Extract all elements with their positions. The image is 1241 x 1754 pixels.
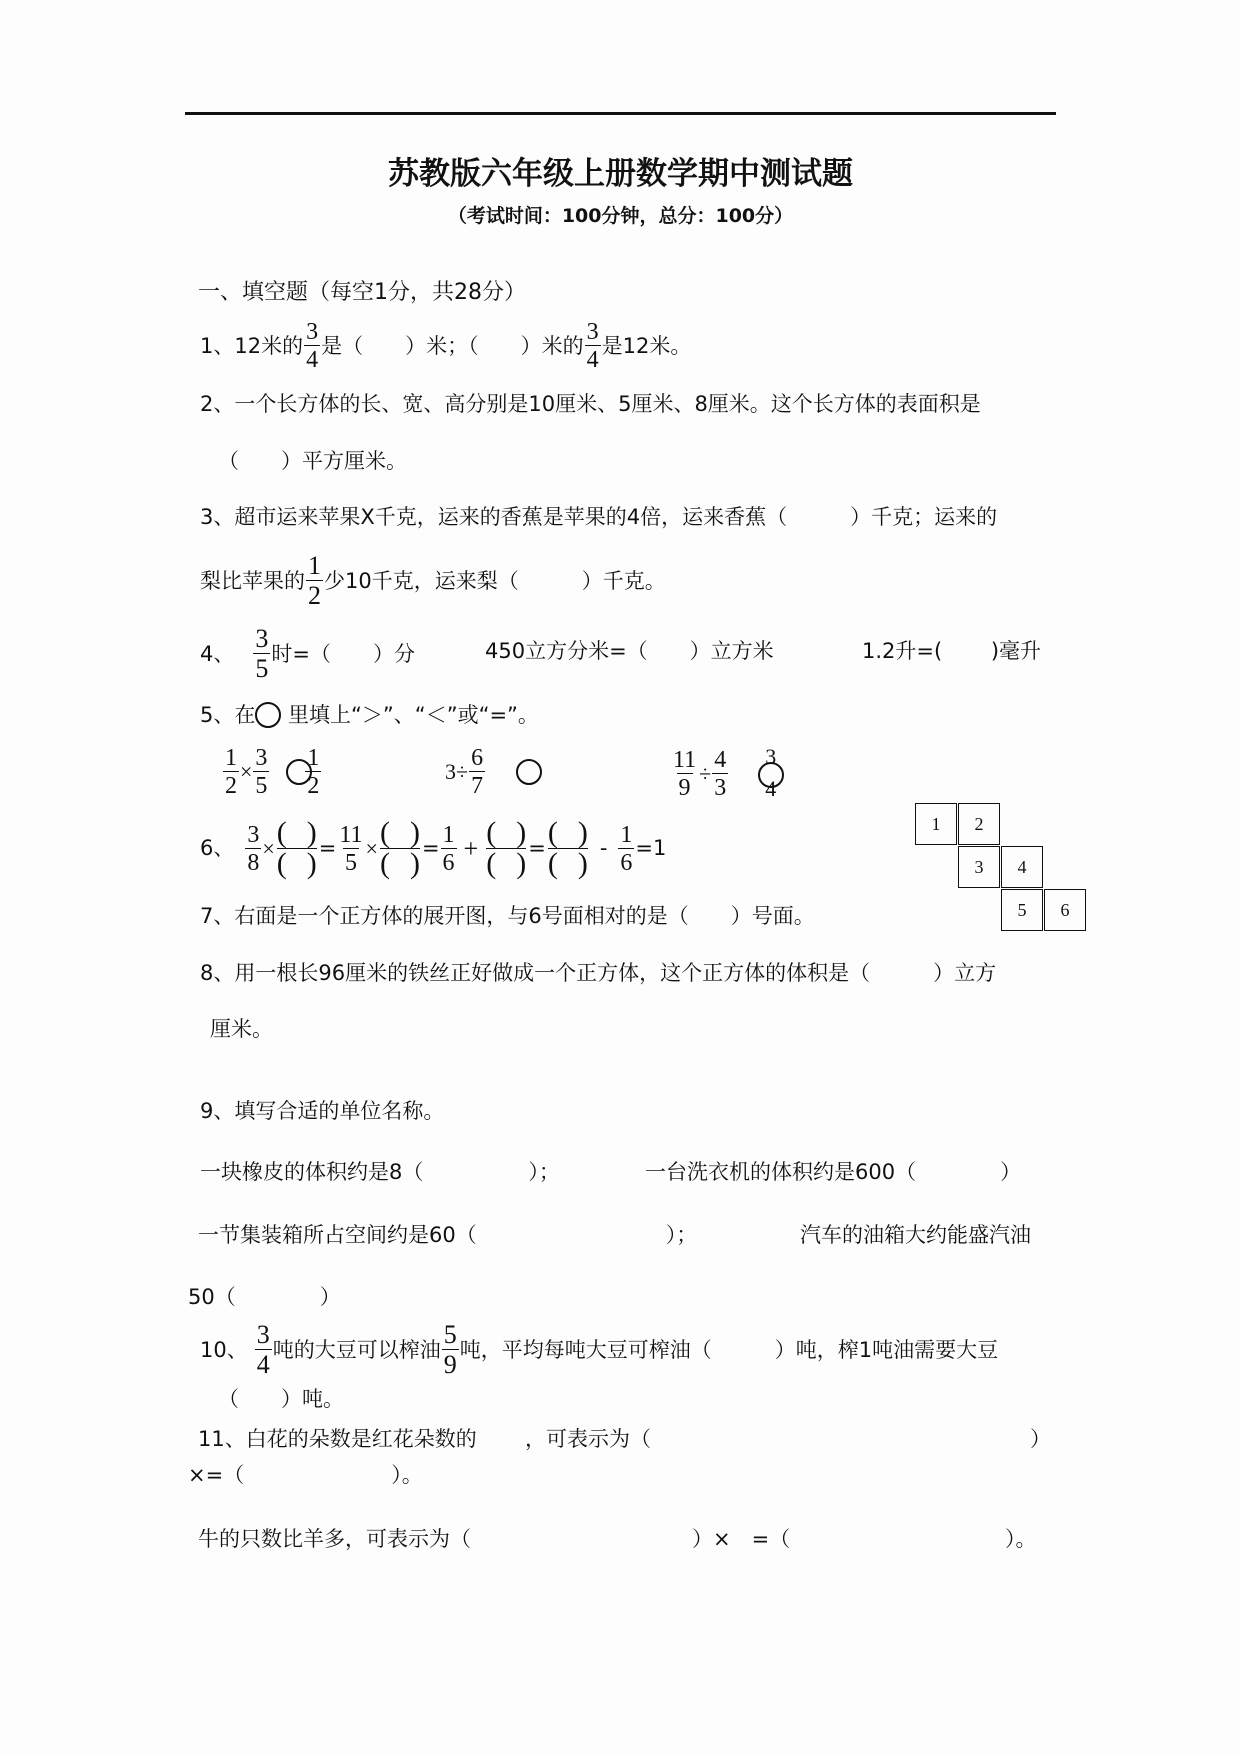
q6-frac-1: 3 8 [245, 823, 261, 875]
q1-fraction-2: 3 4 [585, 320, 601, 372]
question-3-line-1: 3、超市运来苹果X千克，运来的香蕉是苹果的4倍，运来香蕉（ ）千克；运来的 [200, 507, 997, 528]
question-11-line-3a: 牛的只数比羊多，可表示为（ [198, 1529, 471, 1550]
question-2-line-2: （ ）平方厘米。 [218, 451, 407, 472]
compare-2-left-text: 3÷ [445, 761, 468, 783]
compare-item-3: 11 9 ÷ 4 3 3 4 [670, 746, 785, 802]
page-subtitle: （考试时间：100分钟，总分：100分） [0, 201, 1241, 228]
question-2-line-1: 2、一个长方体的长、宽、高分别是10厘米、5厘米、8厘米。这个长方体的表面积是 [200, 394, 981, 415]
q4-part-1: 时=（ ）分 [271, 644, 415, 665]
q6-blank-fraction-1[interactable]: () () [277, 818, 317, 879]
q10-suffix: 吨，平均每吨大豆可榨油（ ）吨，榨1吨油需要大豆 [460, 1340, 998, 1361]
cube-face-4: 4 [1001, 846, 1043, 888]
question-3-line-2: 梨比苹果的 1 2 少10千克，运来梨（ ）千克。 [200, 553, 666, 609]
q3-line2-prefix: 梨比苹果的 [200, 571, 305, 592]
compare-1-op: × [240, 761, 252, 783]
q6-blank-fraction-2[interactable]: () () [380, 818, 420, 879]
cube-face-2: 2 [958, 803, 1000, 845]
compare-3-frac-b: 4 3 [712, 748, 728, 800]
question-7: 7、右面是一个正方体的展开图，与6号面相对的是（ ）号面。 [200, 906, 815, 927]
question-11-line-1a: 11、白花的朵数是红花朵数的 [198, 1429, 477, 1450]
question-10-line-2: （ ）吨。 [218, 1389, 344, 1410]
compare-item-2: 3÷ 6 7 [445, 746, 542, 798]
q6-blank-fraction-4[interactable]: () () [548, 818, 588, 879]
question-9-container: 一节集装箱所占空间约是60（ ）； [198, 1225, 697, 1246]
question-8-line-2: 厘米。 [210, 1019, 273, 1040]
compare-3-op: ÷ [699, 763, 711, 785]
q10-label: 10、 [200, 1340, 248, 1361]
q4-part-2: 450立方分米=（ ）立方米 [485, 641, 774, 662]
q5-prefix: 5、在 [200, 705, 255, 726]
cube-face-3: 3 [958, 846, 1000, 888]
q1-fraction-1: 3 4 [304, 320, 320, 372]
section-heading: 一、填空题（每空1分，共28分） [198, 282, 526, 304]
question-4: 4、 3 5 时=（ ）分 [200, 626, 415, 682]
q4-fraction: 3 5 [253, 626, 270, 682]
cube-face-1: 1 [915, 803, 957, 845]
compare-3-right: 3 4 [757, 746, 785, 802]
question-9-washer: 一台洗衣机的体积约是600（ ） [645, 1162, 1021, 1183]
compare-2-frac: 6 7 [469, 746, 485, 798]
q3-line2-suffix: 少10千克，运来梨（ ）千克。 [324, 571, 666, 592]
compare-1-frac-a: 1 2 [223, 746, 239, 798]
compare-1-frac-right: 1 2 [305, 746, 321, 798]
q10-middle: 吨的大豆可以榨油 [273, 1340, 441, 1361]
question-9-fuel-tank-value: 50（ ） [188, 1287, 341, 1308]
question-9-heading: 9、填写合适的单位名称。 [200, 1101, 444, 1122]
page-title: 苏教版六年级上册数学期中测试题 [0, 148, 1241, 193]
q5-suffix: 里填上“＞”、“＜”或“=”。 [281, 705, 539, 726]
top-rule [185, 112, 1056, 115]
question-1: 1、12米的 3 4 是（ ）米；（ ）米的 3 4 是12米。 [200, 320, 691, 372]
cube-face-5: 5 [1001, 889, 1043, 931]
compare-1-frac-b: 3 5 [253, 746, 269, 798]
question-11-line-2: ×=（ ）。 [188, 1465, 423, 1486]
compare-item-1: 1 2 × 3 5 1 2 [222, 746, 322, 798]
question-9-eraser: 一块橡皮的体积约是8（ ）； [200, 1162, 560, 1183]
question-11-line-3c: ）。 [1005, 1529, 1037, 1550]
question-11-line-1c: ） [1030, 1429, 1051, 1450]
q1-prefix: 1、12米的 [200, 336, 303, 357]
q3-fraction: 1 2 [306, 553, 323, 609]
question-6: 6、 3 8 × () () = 11 5 × () () = 1 6 + ()… [200, 818, 666, 879]
cube-face-6: 6 [1044, 889, 1086, 931]
question-11-line-1b: ，可表示为（ [525, 1429, 651, 1450]
q4-part-3: 1.2升=( )毫升 [862, 641, 1041, 662]
q6-frac-3: 1 6 [441, 823, 457, 875]
q1-suffix: 是12米。 [602, 336, 692, 357]
question-8-line-1: 8、用一根长96厘米的铁丝正好做成一个正方体，这个正方体的体积是（ ）立方 [200, 963, 996, 984]
q6-frac-4: 1 6 [618, 823, 634, 875]
compare-3-frac-a: 11 9 [671, 748, 698, 800]
q6-frac-2: 11 5 [337, 823, 364, 875]
q4-label: 4、 [200, 644, 234, 665]
question-11-line-3b: ）× =（ [692, 1529, 790, 1550]
q1-middle: 是（ ）米；（ ）米的 [321, 336, 584, 357]
q10-fraction-2: 5 9 [442, 1322, 459, 1378]
q6-blank-fraction-3[interactable]: () () [486, 818, 526, 879]
question-9-fuel-tank: 汽车的油箱大约能盛汽油 [800, 1225, 1031, 1246]
question-10: 10、 3 4 吨的大豆可以榨油 5 9 吨，平均每吨大豆可榨油（ ）吨，榨1吨… [200, 1322, 998, 1378]
circle-icon [255, 702, 281, 728]
q6-label: 6、 [200, 838, 234, 859]
q10-fraction-1: 3 4 [255, 1322, 272, 1378]
compare-2-circle-icon[interactable] [516, 759, 542, 785]
question-5: 5、在 里填上“＞”、“＜”或“=”。 [200, 702, 539, 728]
